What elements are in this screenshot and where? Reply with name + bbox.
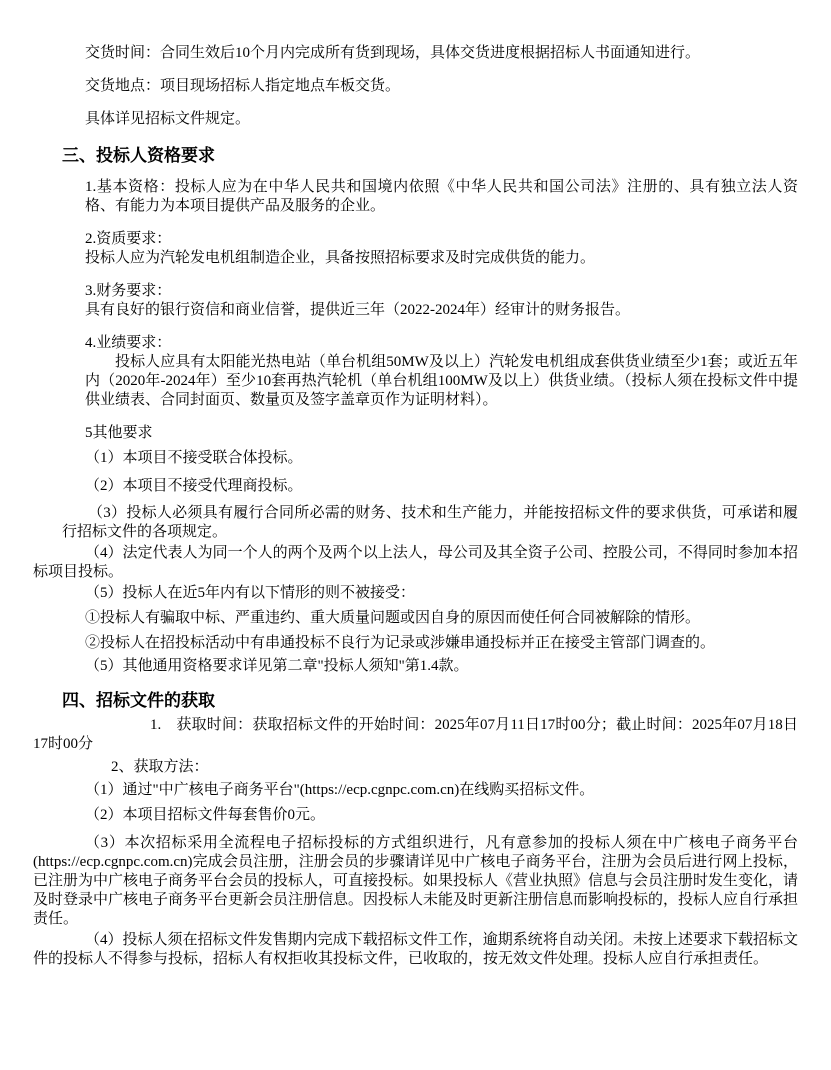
paragraph: （3）本次招标采用全流程电子招标投标的方式组织进行，凡有意参加的投标人须在中广核… [33, 834, 798, 929]
paragraph: ②投标人在招投标活动中有串通投标不良行为记录或涉嫌串通投标并正在接受主管部门调查… [85, 634, 798, 653]
section-3-heading: 三、投标人资格要求 [62, 145, 798, 166]
paragraph: ①投标人有骗取中标、严重违约、重大质量问题或因自身的原因而使任何合同被解除的情形… [85, 609, 798, 628]
document-page: 交货时间：合同生效后10个月内完成所有货到现场，具体交货进度根据招标人书面通知进… [0, 0, 831, 1070]
paragraph: （4）投标人须在招标文件发售期内完成下载招标文件工作，逾期系统将自动关闭。未按上… [33, 931, 798, 969]
paragraph: （1）通过"中广核电子商务平台"(https://ecp.cgnpc.com.c… [85, 781, 798, 800]
paragraph: 投标人应具有太阳能光热电站（单台机组50MW及以上）汽轮发电机组成套供货业绩至少… [85, 353, 798, 410]
paragraph: （2）本项目招标文件每套售价0元。 [85, 806, 798, 825]
paragraph: 交货地点：项目现场招标人指定地点车板交货。 [85, 77, 798, 96]
paragraph: （3）投标人必须具有履行合同所必需的财务、技术和生产能力，并能按招标文件的要求供… [62, 504, 798, 542]
paragraph: 4.业绩要求： [85, 334, 798, 353]
paragraph: （2）本项目不接受代理商投标。 [85, 477, 798, 496]
section-4-heading: 四、招标文件的获取 [62, 690, 798, 711]
paragraph: 3.财务要求： 具有良好的银行资信和商业信誉，提供近三年（2022-2024年）… [85, 282, 798, 320]
paragraph: 具体详见招标文件规定。 [85, 110, 798, 129]
paragraph: 1. 获取时间：获取招标文件的开始时间：2025年07月11日17时00分；截止… [33, 716, 798, 754]
paragraph: （4）法定代表人为同一个人的两个及两个以上法人，母公司及其全资子公司、控股公司，… [33, 544, 798, 582]
paragraph: 2、获取方法： [85, 758, 798, 777]
paragraph: （5）投标人在近5年内有以下情形的则不被接受： [85, 584, 798, 603]
paragraph: （1）本项目不接受联合体投标。 [85, 449, 798, 468]
paragraph: 1.基本资格：投标人应为在中华人民共和国境内依照《中华人民共和国公司法》注册的、… [85, 178, 798, 216]
paragraph: （5）其他通用资格要求详见第二章"投标人须知"第1.4款。 [85, 657, 798, 676]
paragraph: 5其他要求 [85, 424, 798, 443]
paragraph: 2.资质要求： 投标人应为汽轮发电机组制造企业，具备按照招标要求及时完成供货的能… [85, 230, 798, 268]
paragraph: 交货时间：合同生效后10个月内完成所有货到现场，具体交货进度根据招标人书面通知进… [85, 44, 798, 63]
